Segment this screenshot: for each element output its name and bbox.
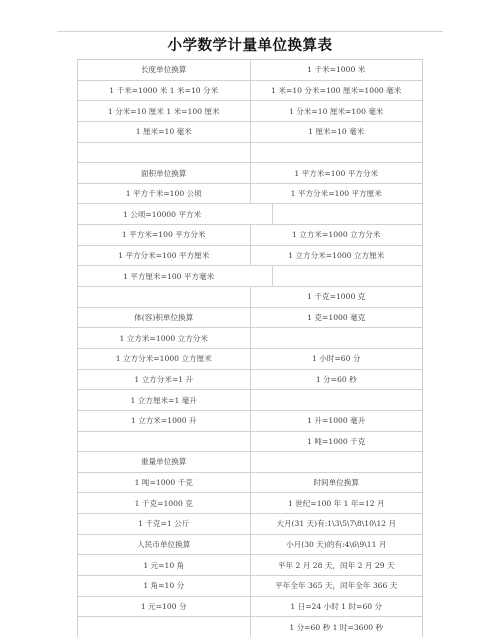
table-cell-right: 1 平方米=100 平方分米 [251,163,423,183]
table-cell-left: 1 立方米=1000 升 [78,411,251,431]
table-row: 1 立方分米=1 升 1 分=60 秒 [78,370,422,391]
table-cell-left: 重量单位换算 [78,452,251,472]
table-row: 体(容)积单位换算 1 克=1000 毫克 [78,308,422,329]
table-cell-left [78,287,251,307]
table-row: 1 分=60 秒 1 时=3600 秒 [78,617,422,637]
table-cell-left: 1 千米=1000 米 1 米=10 分米 [78,81,251,101]
table-cell-left: 1 立方米=1000 立方分米 [78,328,251,348]
table-cell-left [78,617,251,637]
table-cell-right: 1 千米=1000 米 [251,60,423,80]
table-row: 1 元=100 分 1 日=24 小时 1 时=60 分 [78,597,422,618]
table-cell-right: 1 分=60 秒 1 时=3600 秒 [251,617,423,637]
table-cell-right: 平年 2 月 28 天，闰年 2 月 29 天 [251,555,423,575]
table-row: 1 千克=1000 克 1 世纪=100 年 1 年=12 月 [78,493,422,514]
table-cell-left: 1 平方分米=100 平方厘米 [78,246,251,266]
table-cell-right: 1 立方米=1000 立方分米 [251,225,423,245]
table-cell-left: 面积单位换算 [78,163,251,183]
table-row: 重量单位换算 [78,452,422,473]
table-cell-left: 1 公顷=10000 平方米 [78,204,273,224]
table-row: 1 平方米=100 平方分米 1 立方米=1000 立方分米 [78,225,422,246]
unit-conversion-table: 长度单位换算 1 千米=1000 米 1 千米=1000 米 1 米=10 分米… [77,59,423,637]
table-cell-right [251,328,423,348]
table-row: 面积单位换算 1 平方米=100 平方分米 [78,163,422,184]
table-row: 1 平方厘米=100 平方毫米 [78,266,422,287]
table-cell-left: 1 平方厘米=100 平方毫米 [78,266,273,286]
table-cell-right [273,204,422,224]
table-row: 1 立方米=1000 升 1 升=1000 毫升 [78,411,422,432]
table-row: 人民币单位换算 小月(30 天)的有:4\6\9\11 月 [78,535,422,556]
table-cell-left: 人民币单位换算 [78,535,251,555]
table-cell-left: 1 立方分米=1000 立方厘米 [78,349,251,369]
table-row [78,143,422,164]
table-row: 长度单位换算 1 千米=1000 米 [78,60,422,81]
table-cell-right: 小月(30 天)的有:4\6\9\11 月 [251,535,423,555]
table-cell-left [78,143,251,163]
table-cell-right: 1 吨=1000 千克 [251,432,423,452]
table-cell-left: 1 立方分米=1 升 [78,370,251,390]
table-cell-left: 1 元=100 分 [78,597,251,617]
table-cell-right: 时间单位换算 [251,473,423,493]
table-cell-right [251,143,423,163]
top-divider [57,31,443,32]
table-row: 1 平方千米=100 公顷 1 平方分米=100 平方厘米 [78,184,422,205]
table-row: 1 吨=1000 千克 [78,432,422,453]
table-cell-right: 1 分米=10 厘米=100 毫米 [251,101,423,121]
table-cell-right: 1 日=24 小时 1 时=60 分 [251,597,423,617]
table-cell-left: 1 平方米=100 平方分米 [78,225,251,245]
table-cell-right: 平年全年 365 天，闰年全年 366 天 [251,576,423,596]
table-cell-right [251,390,423,410]
table-cell-left: 1 厘米=10 毫米 [78,122,251,142]
table-row: 1 分米=10 厘米 1 米=100 厘米 1 分米=10 厘米=100 毫米 [78,101,422,122]
table-row: 1 公顷=10000 平方米 [78,204,422,225]
table-cell-right: 1 厘米=10 毫米 [251,122,423,142]
table-row: 1 千克=1000 克 [78,287,422,308]
table-cell-right: 1 小时=60 分 [251,349,423,369]
table-cell-right [251,452,423,472]
table-row: 1 立方厘米=1 毫升 [78,390,422,411]
table-cell-left: 1 角=10 分 [78,576,251,596]
table-cell-right: 1 立方分米=1000 立方厘米 [251,246,423,266]
table-row: 1 平方分米=100 平方厘米 1 立方分米=1000 立方厘米 [78,246,422,267]
table-cell-left: 1 分米=10 厘米 1 米=100 厘米 [78,101,251,121]
table-row: 1 千克=1 公斤 大月(31 天)有:1\3\5\7\8\10\12 月 [78,514,422,535]
table-cell-right: 1 千克=1000 克 [251,287,423,307]
table-row: 1 立方分米=1000 立方厘米 1 小时=60 分 [78,349,422,370]
table-cell-right: 1 升=1000 毫升 [251,411,423,431]
table-cell-left: 体(容)积单位换算 [78,308,251,328]
table-cell-left [78,432,251,452]
table-row: 1 立方米=1000 立方分米 [78,328,422,349]
table-row: 1 角=10 分 平年全年 365 天，闰年全年 366 天 [78,576,422,597]
page-title: 小学数学计量单位换算表 [0,36,500,56]
table-cell-right [273,266,422,286]
table-cell-left: 长度单位换算 [78,60,251,80]
table-cell-left: 1 千克=1000 克 [78,493,251,513]
table-cell-left: 1 吨=1000 千克 [78,473,251,493]
table-cell-left: 1 平方千米=100 公顷 [78,184,251,204]
table-cell-right: 1 平方分米=100 平方厘米 [251,184,423,204]
table-cell-right: 大月(31 天)有:1\3\5\7\8\10\12 月 [251,514,423,534]
table-cell-left: 1 元=10 角 [78,555,251,575]
table-row: 1 厘米=10 毫米 1 厘米=10 毫米 [78,122,422,143]
table-cell-right: 1 分=60 秒 [251,370,423,390]
table-cell-left: 1 立方厘米=1 毫升 [78,390,251,410]
table-cell-right: 1 世纪=100 年 1 年=12 月 [251,493,423,513]
table-cell-left: 1 千克=1 公斤 [78,514,251,534]
table-cell-right: 1 克=1000 毫克 [251,308,423,328]
table-cell-right: 1 米=10 分米=100 厘米=1000 毫米 [251,81,423,101]
table-row: 1 元=10 角 平年 2 月 28 天，闰年 2 月 29 天 [78,555,422,576]
table-row: 1 吨=1000 千克 时间单位换算 [78,473,422,494]
table-row: 1 千米=1000 米 1 米=10 分米 1 米=10 分米=100 厘米=1… [78,81,422,102]
